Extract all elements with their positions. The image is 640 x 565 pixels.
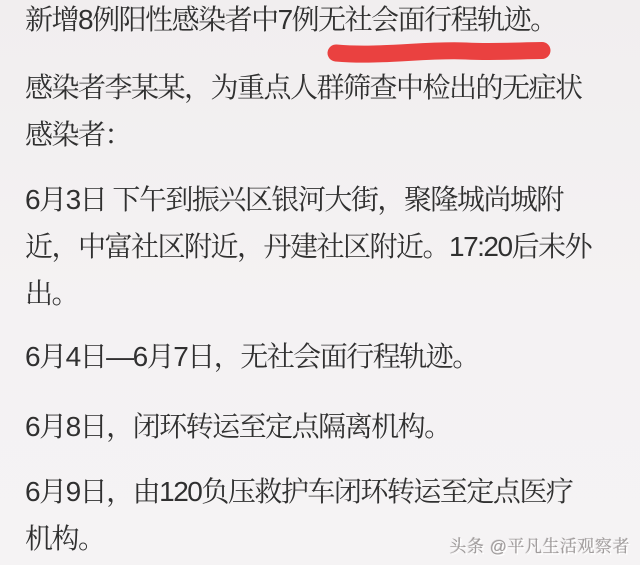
announcement-screenshot: 新增8例阳性感染者中7例无社会面行程轨迹。 感染者李某某，为重点人群筛查中检出的…	[0, 0, 640, 565]
headline-paragraph: 新增8例阳性感染者中7例无社会面行程轨迹。	[25, 0, 640, 43]
text-line: 6月4日—6月7日，无社会面行程轨迹。	[25, 333, 640, 380]
text-line: 感染者：	[25, 111, 640, 158]
june-8-paragraph: 6月8日，闭环转运至定点隔离机构。	[25, 403, 640, 450]
text-line: 出。	[25, 270, 640, 317]
text-line: 6月3日 下午到振兴区银河大街，聚隆城尚城附	[25, 176, 640, 223]
text-line: 感染者李某某，为重点人群筛查中检出的无症状	[25, 64, 640, 111]
june-3-itinerary-paragraph: 6月3日 下午到振兴区银河大街，聚隆城尚城附 近，中富社区附近，丹建社区附近。1…	[25, 176, 640, 317]
watermark: 头条 @平凡生活观察者	[450, 532, 630, 557]
text-line: 6月8日，闭环转运至定点隔离机构。	[25, 403, 640, 450]
text-line: 6月9日，由120负压救护车闭环转运至定点医疗	[25, 468, 640, 515]
text-line: 近，中富社区附近，丹建社区附近。17:20后未外	[25, 223, 640, 270]
case-intro-paragraph: 感染者李某某，为重点人群筛查中检出的无症状 感染者：	[25, 64, 640, 158]
june-4-7-paragraph: 6月4日—6月7日，无社会面行程轨迹。	[25, 333, 640, 380]
text-line: 新增8例阳性感染者中7例无社会面行程轨迹。	[25, 0, 640, 43]
announcement-text: 新增8例阳性感染者中7例无社会面行程轨迹。 感染者李某某，为重点人群筛查中检出的…	[25, 0, 640, 562]
